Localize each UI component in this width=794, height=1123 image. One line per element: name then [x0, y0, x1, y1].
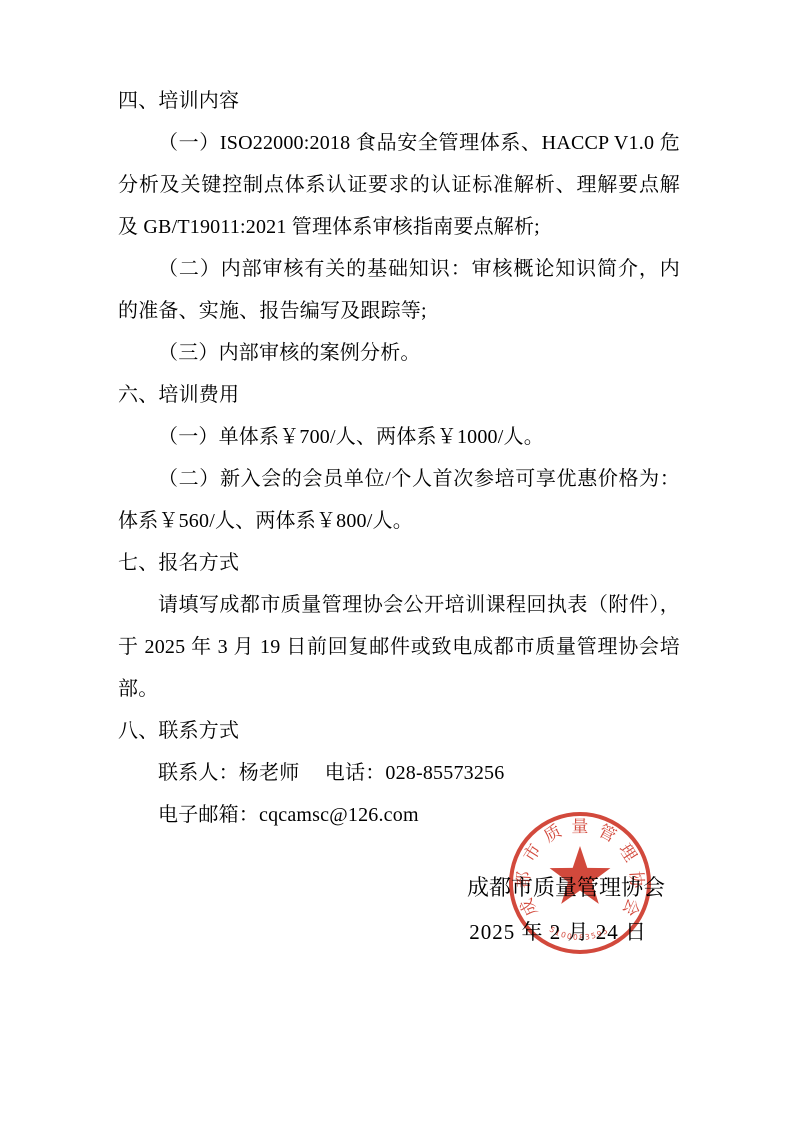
- body-line: （二）新入会的会员单位/个人首次参培可享优惠价格为：单: [118, 458, 680, 500]
- signature-date: 2025 年 2 月 24 日: [469, 916, 647, 948]
- body-line: （二）内部审核有关的基础知识：审核概论知识简介，内审: [118, 248, 680, 290]
- body-line: 于 2025 年 3 月 19 日前回复邮件或致电成都市质量管理协会培训: [118, 626, 680, 668]
- section-heading: 八、联系方式: [118, 710, 680, 752]
- contact-person-line: 联系人：杨老师 电话：028-85573256: [118, 752, 680, 794]
- contact-email-line: 电子邮箱：cqcamsc@126.com: [118, 794, 680, 836]
- body-line: （一）单体系￥700/人、两体系￥1000/人。: [118, 416, 680, 458]
- section-heading: 七、报名方式: [118, 542, 680, 584]
- document-page: 四、培训内容 （一）ISO22000:2018 食品安全管理体系、HACCP V…: [0, 0, 794, 1123]
- document-body: 四、培训内容 （一）ISO22000:2018 食品安全管理体系、HACCP V…: [118, 80, 680, 836]
- body-line: 及 GB/T19011:2021 管理体系审核指南要点解析;: [118, 206, 680, 248]
- body-line: 请填写成都市质量管理协会公开培训课程回执表（附件），: [118, 584, 680, 626]
- body-line: 分析及关键控制点体系认证要求的认证标准解析、理解要点解读: [118, 164, 680, 206]
- body-line: 体系￥560/人、两体系￥800/人。: [118, 500, 680, 542]
- body-line: （一）ISO22000:2018 食品安全管理体系、HACCP V1.0 危害: [118, 122, 680, 164]
- section-heading: 六、培训费用: [118, 374, 680, 416]
- body-line: （三）内部审核的案例分析。: [118, 332, 680, 374]
- body-line: 部。: [118, 668, 680, 710]
- body-line: 的准备、实施、报告编写及跟踪等;: [118, 290, 680, 332]
- signature-organization: 成都市质量管理协会: [467, 872, 665, 904]
- section-heading: 四、培训内容: [118, 80, 680, 122]
